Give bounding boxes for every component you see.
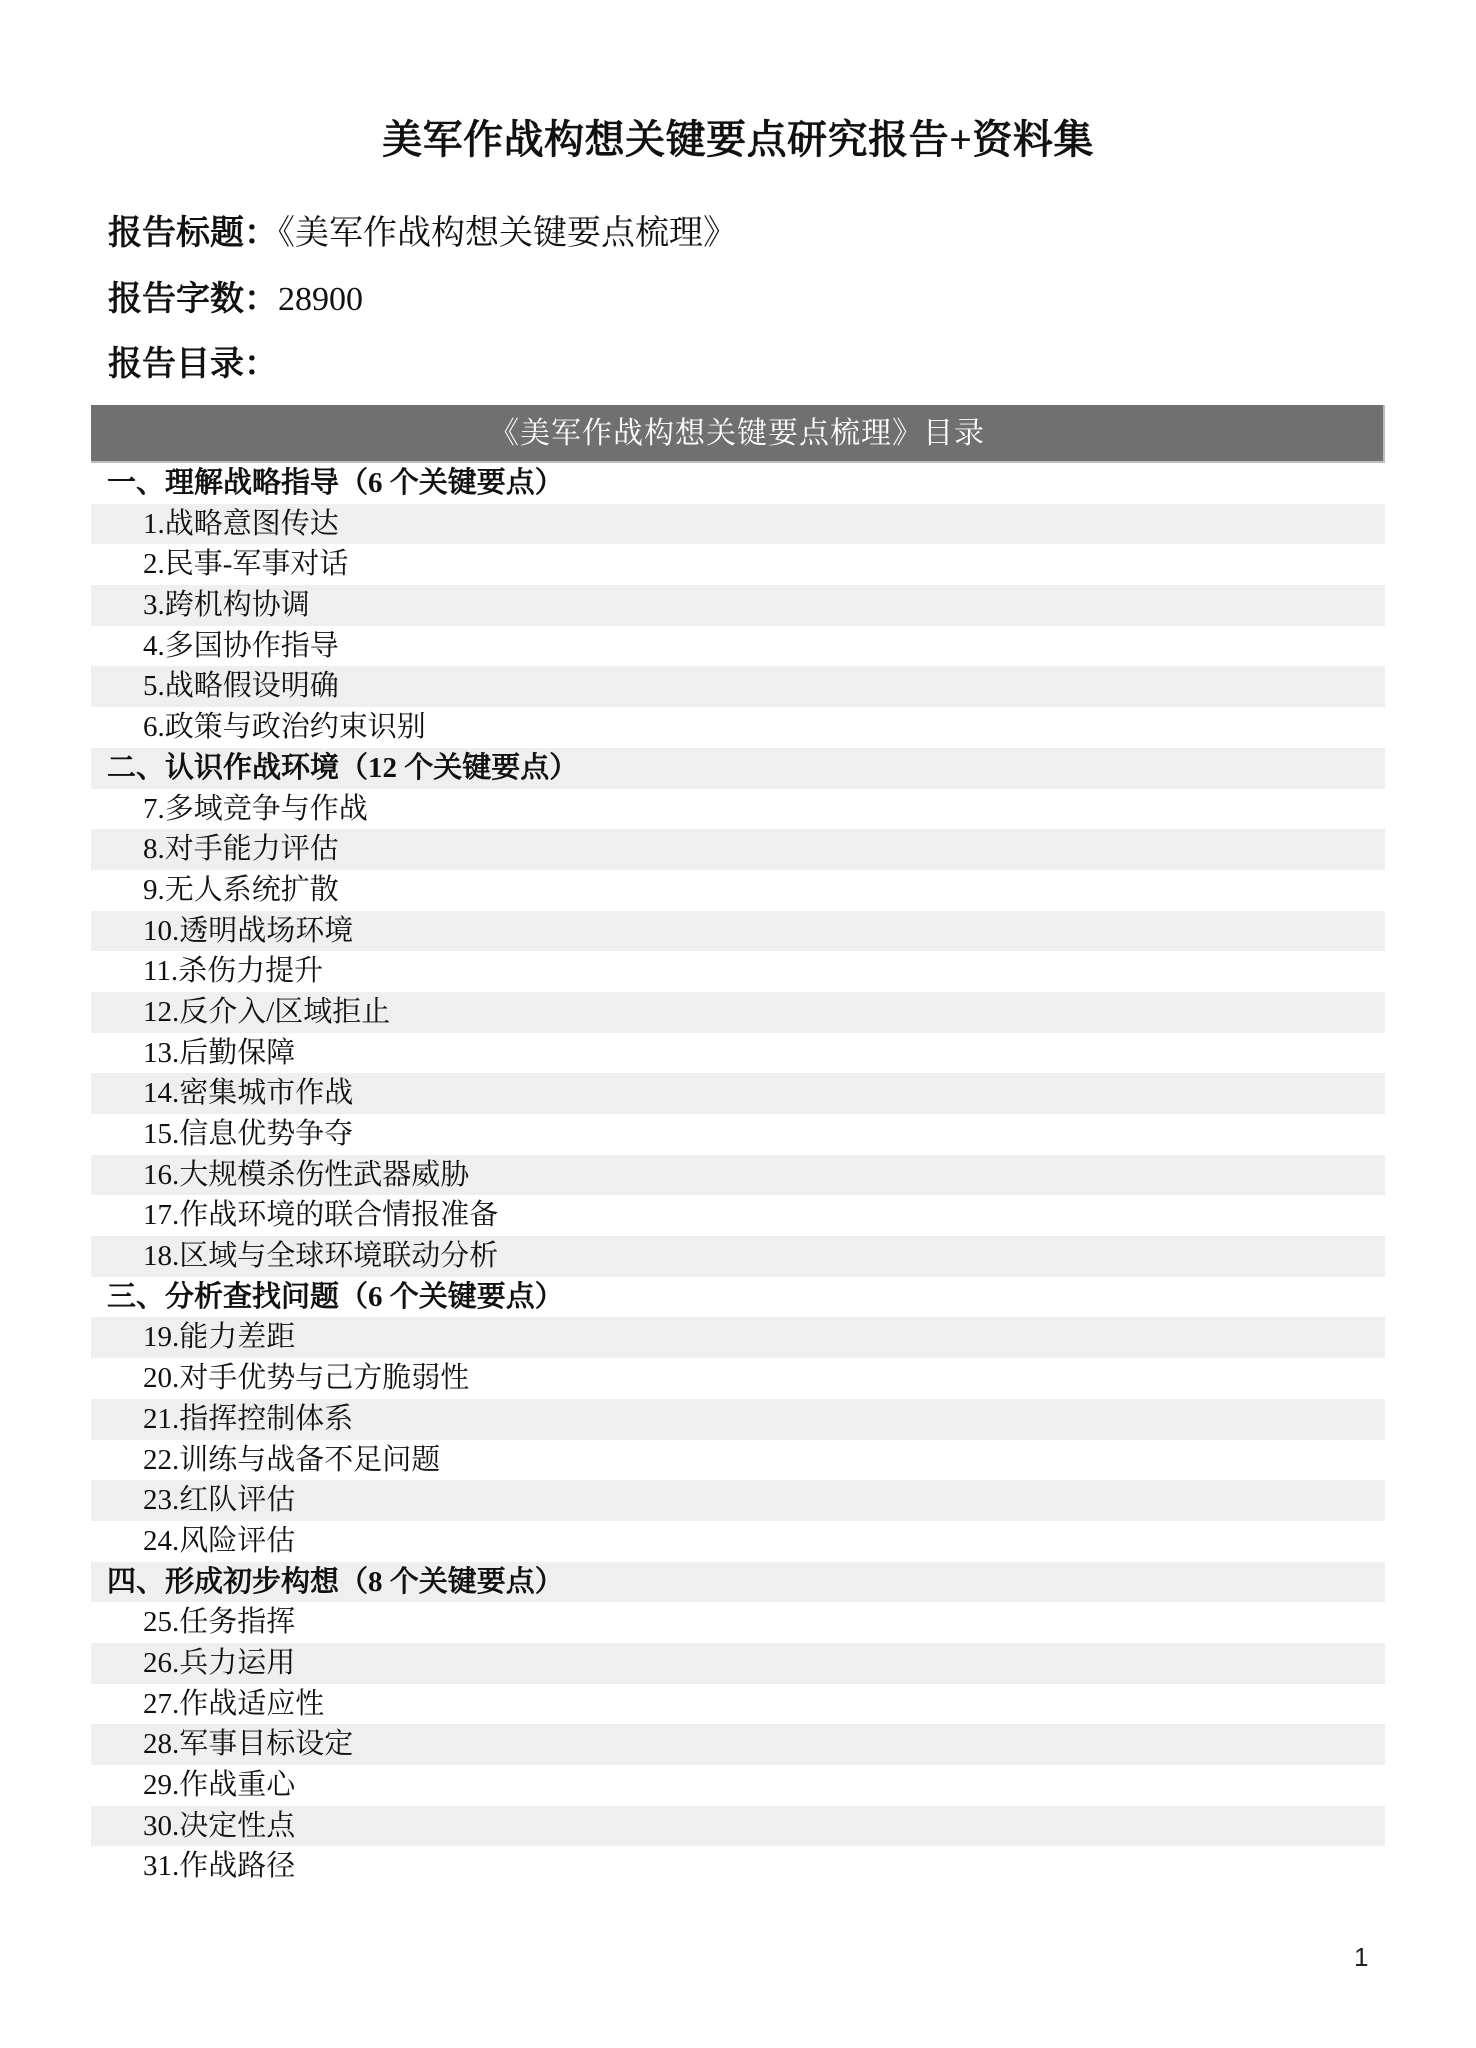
toc-label: 报告目录： [108, 346, 278, 383]
toc-item: 13.后勤保障 [91, 1033, 1385, 1074]
toc-item: 21.指挥控制体系 [91, 1399, 1385, 1440]
toc-item: 27.作战适应性 [91, 1684, 1385, 1725]
toc-item: 16.大规模杀伤性武器威胁 [91, 1155, 1385, 1196]
report-title-line: 报告标题：《美军作战构想关键要点梳理》 [108, 212, 737, 256]
toc-section-heading: 二、认识作战环境（12 个关键要点） [91, 748, 1385, 789]
toc-item: 30.决定性点 [91, 1806, 1385, 1847]
toc-item: 14.密集城市作战 [91, 1073, 1385, 1114]
toc-item: 18.区域与全球环境联动分析 [91, 1236, 1385, 1277]
toc-section-heading: 一、理解战略指导（6 个关键要点） [91, 463, 1385, 504]
toc-item: 2.民事-军事对话 [91, 544, 1385, 585]
toc-label-line: 报告目录： [108, 343, 278, 387]
report-title-value: 《美军作战构想关键要点梳理》 [278, 215, 737, 252]
toc-item: 22.训练与战备不足问题 [91, 1440, 1385, 1481]
report-title-label: 报告标题： [108, 215, 278, 252]
toc-section-heading: 四、形成初步构想（8 个关键要点） [91, 1562, 1385, 1603]
toc-item: 1.战略意图传达 [91, 504, 1385, 545]
word-count-line: 报告字数：28900 [108, 278, 363, 322]
toc-item: 26.兵力运用 [91, 1643, 1385, 1684]
toc-item: 28.军事目标设定 [91, 1724, 1385, 1765]
toc-item: 4.多国协作指导 [91, 626, 1385, 667]
toc-item: 25.任务指挥 [91, 1602, 1385, 1643]
toc-section-heading: 三、分析查找问题（6 个关键要点） [91, 1277, 1385, 1318]
toc-item: 6.政策与政治约束识别 [91, 707, 1385, 748]
toc-item: 8.对手能力评估 [91, 829, 1385, 870]
toc-item: 5.战略假设明确 [91, 666, 1385, 707]
toc-item: 24.风险评估 [91, 1521, 1385, 1562]
toc-item: 11.杀伤力提升 [91, 951, 1385, 992]
toc-item: 20.对手优势与己方脆弱性 [91, 1358, 1385, 1399]
toc-item: 10.透明战场环境 [91, 911, 1385, 952]
toc-header: 《美军作战构想关键要点梳理》目录 [91, 405, 1385, 463]
toc-item: 3.跨机构协调 [91, 585, 1385, 626]
toc-item: 15.信息优势争夺 [91, 1114, 1385, 1155]
toc-item: 31.作战路径 [91, 1846, 1385, 1887]
toc-rows: 一、理解战略指导（6 个关键要点）1.战略意图传达2.民事-军事对话3.跨机构协… [91, 463, 1385, 1887]
toc-item: 23.红队评估 [91, 1480, 1385, 1521]
toc-item: 29.作战重心 [91, 1765, 1385, 1806]
toc-table: 《美军作战构想关键要点梳理》目录 一、理解战略指导（6 个关键要点）1.战略意图… [91, 405, 1385, 1887]
toc-item: 7.多域竞争与作战 [91, 789, 1385, 830]
document-title: 美军作战构想关键要点研究报告+资料集 [0, 108, 1476, 165]
word-count-label: 报告字数： [108, 281, 278, 318]
toc-item: 9.无人系统扩散 [91, 870, 1385, 911]
page-number: 1 [1354, 1942, 1368, 1973]
word-count-value: 28900 [278, 281, 363, 318]
toc-item: 12.反介入/区域拒止 [91, 992, 1385, 1033]
toc-item: 17.作战环境的联合情报准备 [91, 1195, 1385, 1236]
toc-item: 19.能力差距 [91, 1317, 1385, 1358]
